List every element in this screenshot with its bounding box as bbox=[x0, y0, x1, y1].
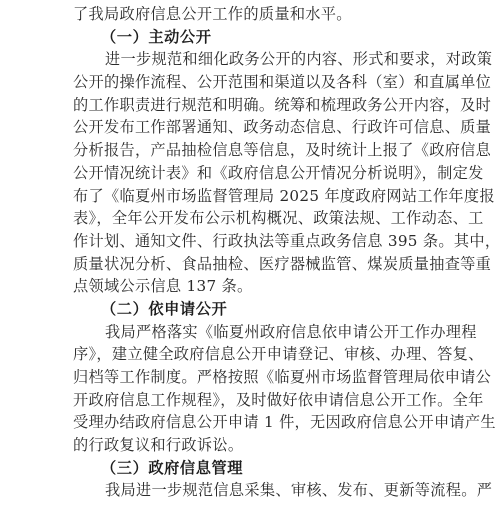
paragraph-line: 分析报告，产品抽检信息等信息，及时统计上报了《政府信息 bbox=[73, 139, 433, 162]
paragraph-line: 公开发布工作部署通知、政务动态信息、行政许可信息、质量 bbox=[73, 116, 433, 139]
paragraph-line: 公开情况统计表》和《政府信息公开情况分析说明》，制定发 bbox=[73, 162, 433, 185]
paragraph-line: 的行政复议和行政诉讼。 bbox=[73, 434, 433, 457]
paragraph-line: 归档等工作制度。严格按照《临夏州市场监督管理局依申请公 bbox=[73, 366, 433, 389]
paragraph-line: 布了《临夏州市场监督管理局 2025 年度政府网站工作年度报 bbox=[73, 185, 433, 208]
paragraph-line: 质量状况分析、食品抽检、医疗器械监管、煤炭质量抽查等重 bbox=[73, 253, 433, 276]
paragraph-line: 进一步规范和细化政务公开的内容、形式和要求，对政策 bbox=[73, 48, 433, 71]
paragraph-line: 受理办结政府信息公开申请 1 件，无因政府信息公开申请产生 bbox=[73, 411, 433, 434]
paragraph-line: 开政府信息工作规程》，及时做好依申请信息公开工作。全年 bbox=[73, 389, 433, 412]
paragraph-line: 序》，建立健全政府信息公开申请登记、审核、办理、答复、 bbox=[73, 343, 433, 366]
paragraph-line: 公开的操作流程、公开范围和渠道以及各科（室）和直属单位 bbox=[73, 71, 433, 94]
paragraph-line: 作计划、通知文件、行政执法等重点政务信息 395 条。其中， bbox=[73, 230, 433, 253]
paragraph-line: 表》，全年公开发布公示机构概况、政策法规、工作动态、工 bbox=[73, 207, 433, 230]
section-heading: （一）主动公开 bbox=[73, 26, 433, 49]
paragraph-line: 我局进一步规范信息采集、审核、发布、更新等流程。严 bbox=[73, 479, 433, 502]
paragraph-line: 我局严格落实《临夏州政府信息依申请公开工作办理程 bbox=[73, 321, 433, 344]
section-heading: （三）政府信息管理 bbox=[73, 457, 433, 480]
section-heading: （二）依申请公开 bbox=[73, 298, 433, 321]
document-page: 了我局政府信息公开工作的质量和水平。 （一）主动公开 进一步规范和细化政务公开的… bbox=[73, 3, 433, 502]
paragraph-line: 点领域公示信息 137 条。 bbox=[73, 275, 433, 298]
paragraph-line: 了我局政府信息公开工作的质量和水平。 bbox=[73, 3, 433, 26]
paragraph-line: 的工作职责进行规范和明确。统筹和梳理政务公开内容，及时 bbox=[73, 94, 433, 117]
